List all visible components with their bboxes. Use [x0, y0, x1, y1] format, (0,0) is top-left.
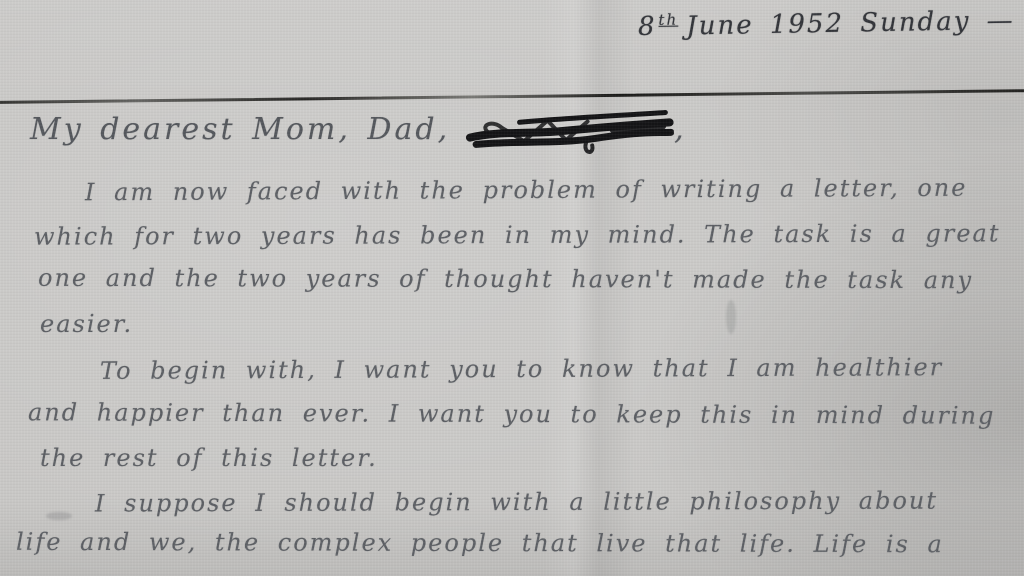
date-line: 8thJune 1952 Sunday —: [638, 5, 1015, 42]
paper-smudge: [46, 512, 72, 520]
salutation-trailing-comma: ,: [674, 112, 687, 147]
handwritten-letter-photo: 8thJune 1952 Sunday — My dearest Mom, Da…: [0, 0, 1024, 576]
date-rest: June 1952 Sunday —: [686, 5, 1015, 41]
date-day: 8: [638, 12, 657, 42]
redacted-name-scribble-icon: [463, 105, 674, 170]
salutation-line: My dearest Mom, Dad, ,: [30, 112, 687, 172]
letter-line-2: which for two years has been in my mind.…: [34, 219, 1001, 260]
letter-line-1: I am now faced with the problem of writi…: [85, 174, 968, 217]
letter-line-6: and happier than ever. I want you to kee…: [28, 398, 996, 439]
letter-line-8: I suppose I should begin with a little p…: [95, 487, 938, 528]
letter-line-3: one and the two years of thought haven't…: [38, 264, 973, 304]
letter-line-5: To begin with, I want you to know that I…: [100, 353, 943, 395]
date-ordinal: th: [658, 11, 678, 29]
letter-line-4: easier.: [40, 310, 133, 348]
paper-fold-line: [0, 89, 1024, 104]
paper-smudge: [726, 300, 736, 334]
letter-line-7: the rest of this letter.: [40, 444, 378, 482]
letter-line-9: life and we, the complex people that liv…: [16, 528, 944, 568]
salutation-text: My dearest Mom, Dad,: [30, 112, 450, 147]
